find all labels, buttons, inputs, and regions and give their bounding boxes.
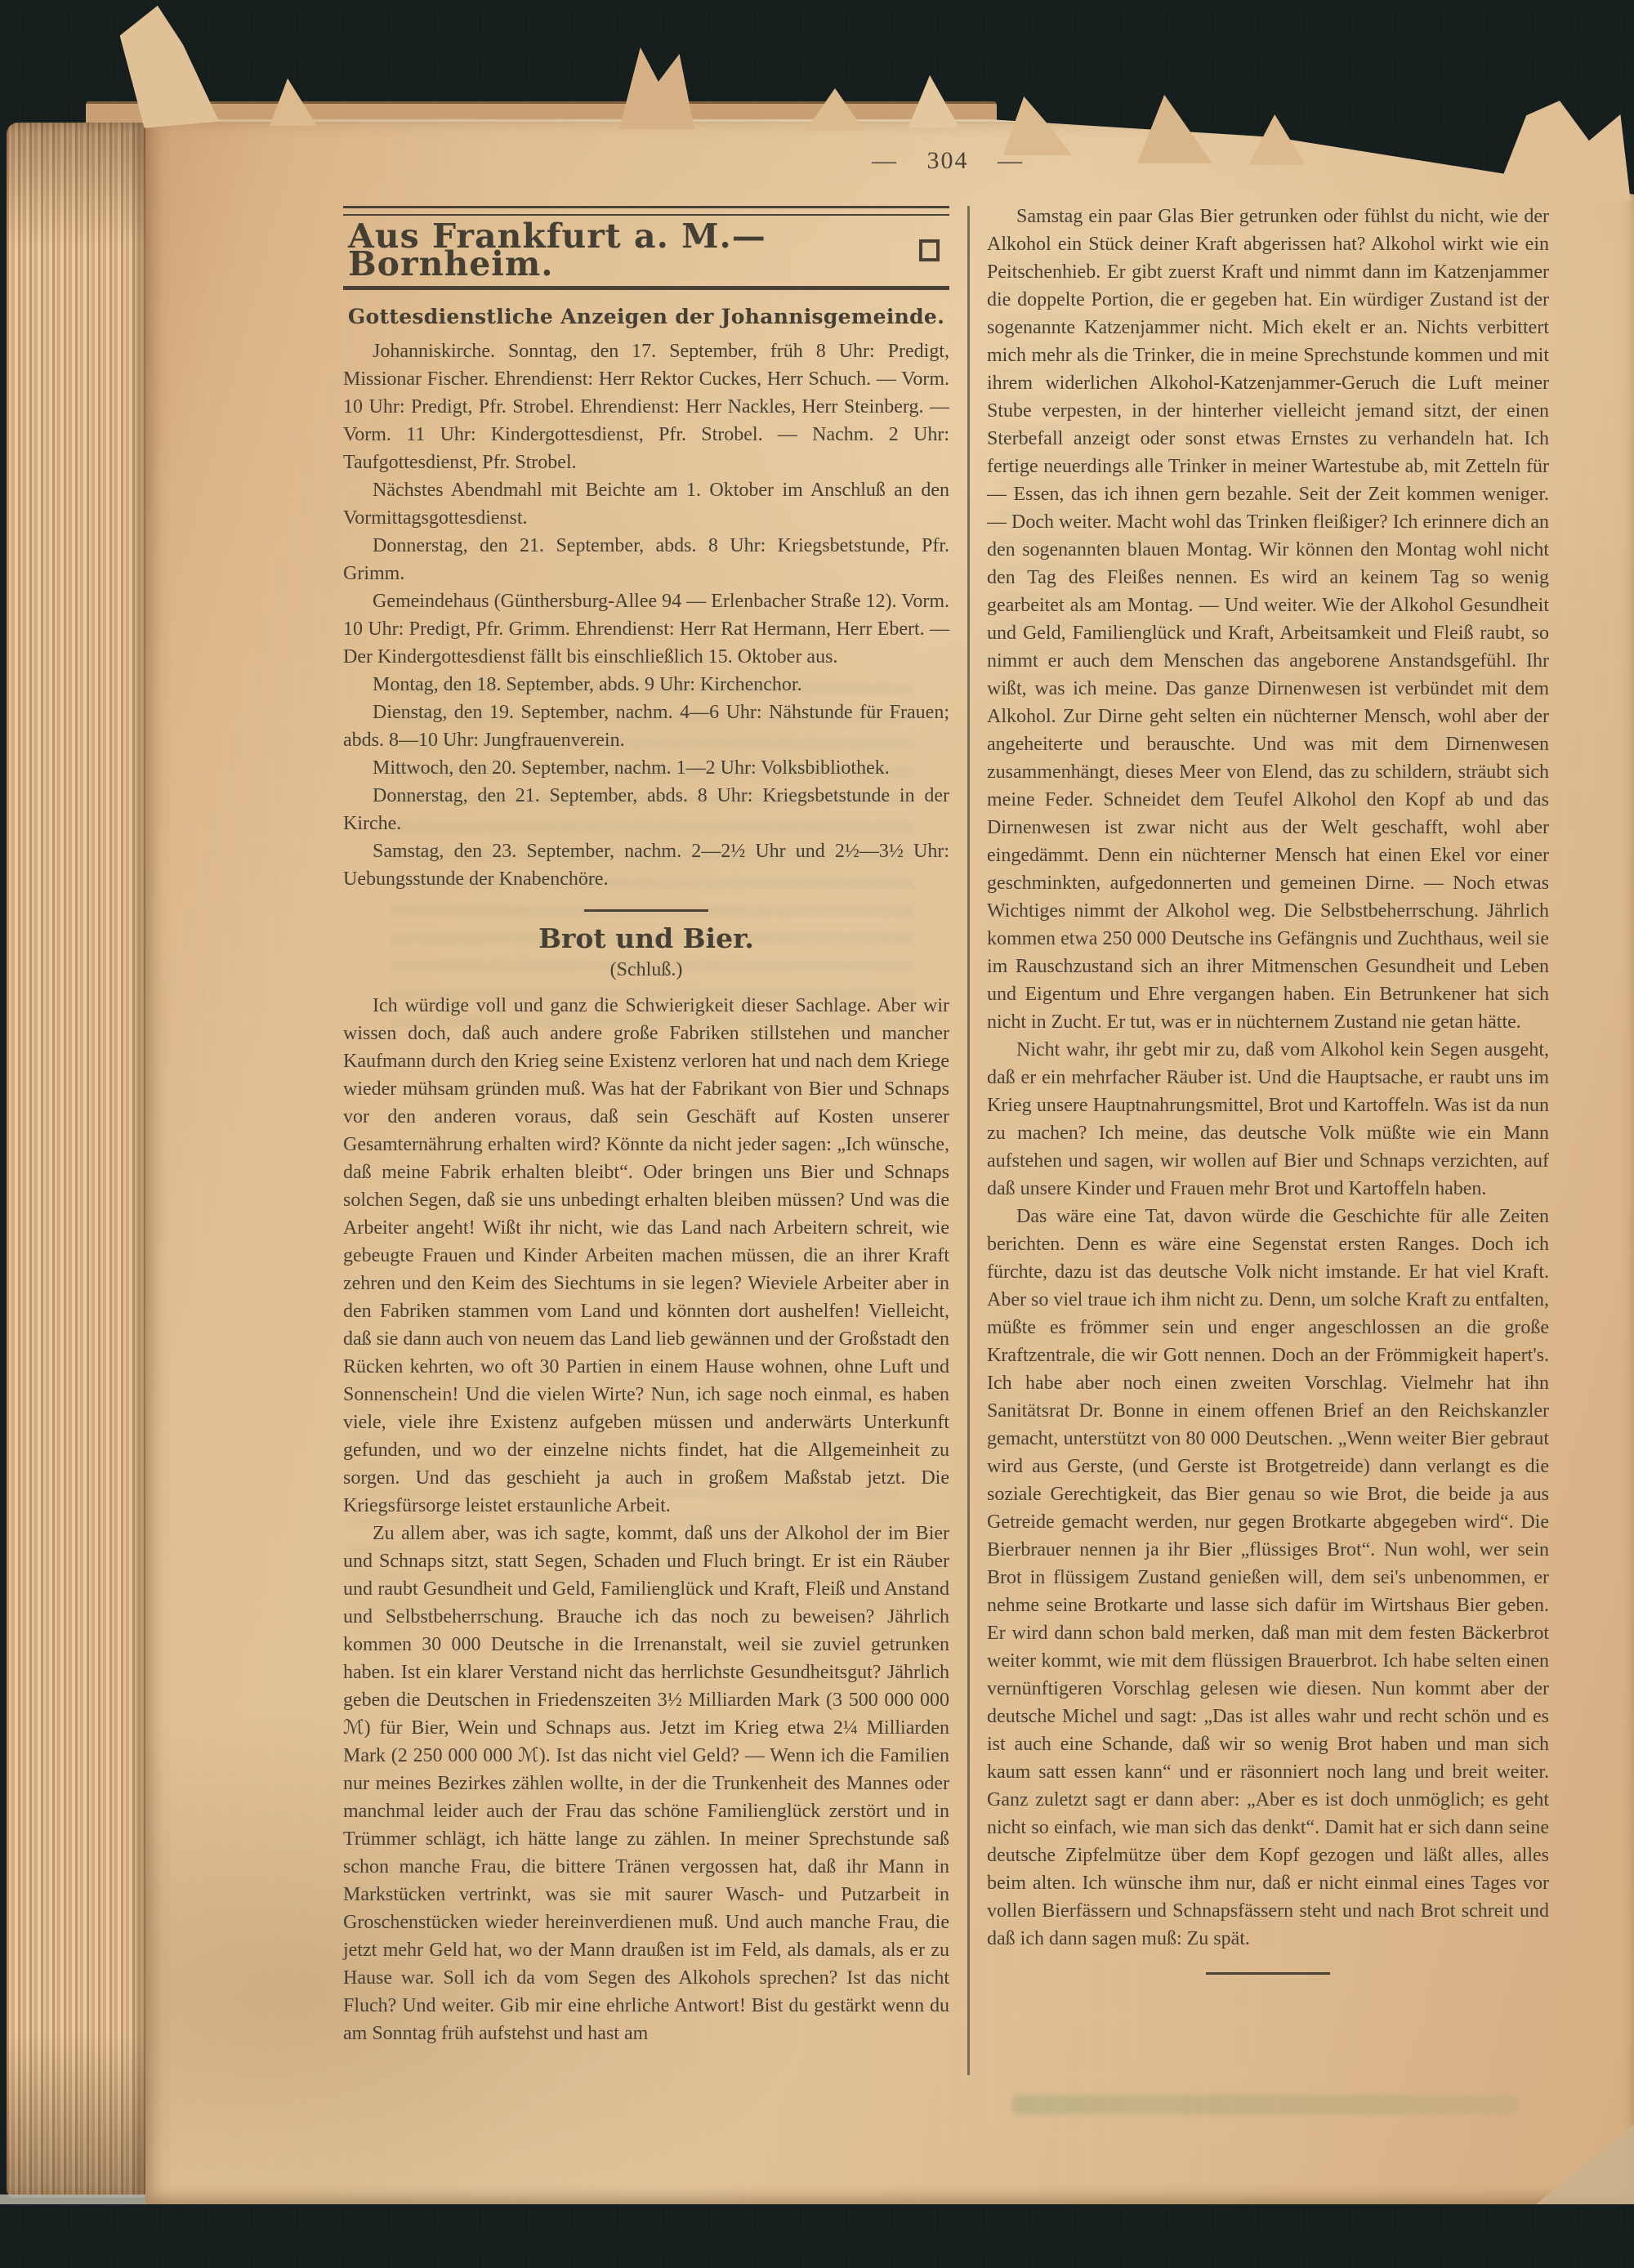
paragraph: Montag, den 18. September, abds. 9 Uhr: … [343,671,949,699]
church-notices-body: Johanniskirche. Sonntag, den 17. Septemb… [343,337,949,893]
section-title-row: Aus Frankfurt a. M.—Bornheim. [343,216,949,286]
article-title: Brot und Bier. [343,925,949,953]
paragraph: Ich würdige voll und ganz die Schwierigk… [343,992,949,1520]
article-body-left: Ich würdige voll und ganz die Schwierigk… [343,992,949,2047]
torn-paper-fragment [1497,96,1634,200]
page-edge-stack [7,123,147,2198]
torn-paper-fragment [619,47,694,129]
book-photo: — 304 — Aus Frankfurt a. M.—Bornheim. Go… [0,0,1634,2268]
section-header: Aus Frankfurt a. M.—Bornheim. [343,206,949,290]
right-column: Samstag ein paar Glas Bier getrunken ode… [987,203,1549,1988]
paragraph: Zu allem aber, was ich sagte, kommt, daß… [343,1520,949,2047]
section-divider-rule [584,909,708,912]
paragraph: Donnerstag, den 21. September, abds. 8 U… [343,782,949,837]
paragraph: Donnerstag, den 21. September, abds. 8 U… [343,532,949,587]
verso-showthrough [1011,2095,1518,2114]
church-notices-heading: Gottesdienstliche Anzeigen der Johannisg… [343,303,949,331]
square-end-marker-icon [919,239,940,261]
torn-paper-fragment [1137,95,1212,163]
bottom-corner-under-page [1536,2124,1634,2204]
header-rule-bottom [343,286,949,290]
paragraph: Mittwoch, den 20. September, nachm. 1—2 … [343,754,949,782]
article-body-right: Samstag ein paar Glas Bier getrunken ode… [987,203,1549,1953]
section-title: Aus Frankfurt a. M.—Bornheim. [348,222,919,278]
paragraph: Dienstag, den 19. September, nachm. 4—6 … [343,699,949,754]
newspaper-page: — 304 — Aus Frankfurt a. M.—Bornheim. Go… [145,119,1634,2204]
paragraph: Samstag ein paar Glas Bier getrunken ode… [987,203,1549,1036]
paragraph: Samstag, den 23. September, nachm. 2—2½ … [343,837,949,893]
paragraph: Gemeindehaus (Günthersburg-Allee 94 — Er… [343,587,949,671]
article-end-rule [1206,1972,1330,1975]
paragraph: Das wäre eine Tat, davon würde die Gesch… [987,1203,1549,1953]
paragraph: Nicht wahr, ihr gebt mir zu, daß vom Alk… [987,1036,1549,1203]
paragraph: Nächstes Abendmahl mit Beichte am 1. Okt… [343,476,949,532]
column-divider [967,206,970,2075]
header-rule-top [343,206,949,216]
paragraph: Johanniskirche. Sonntag, den 17. Septemb… [343,337,949,476]
article-subtitle: (Schluß.) [343,956,949,984]
left-column: Aus Frankfurt a. M.—Bornheim. Gottesdien… [343,206,949,2047]
